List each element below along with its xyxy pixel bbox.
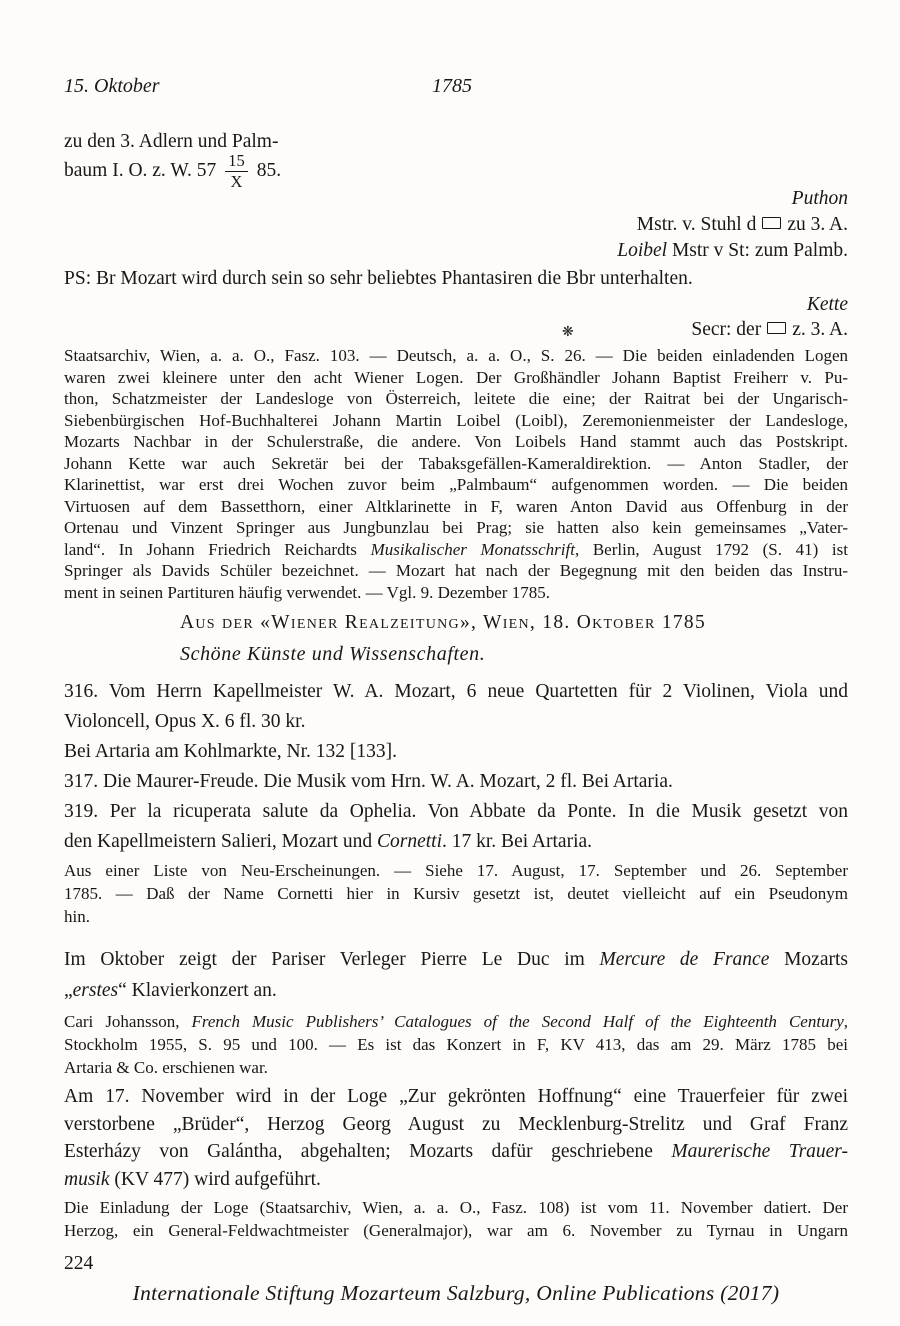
text-line: Cari Johansson, French Music Publishers’… [64,1010,848,1033]
text-line: musik (KV 477) wird aufgeführt. [64,1166,848,1194]
text-segment: z. 3. A. [792,319,848,340]
text-line: Aus einer Liste von Neu-Erscheinungen. —… [64,859,848,882]
trauerfeier-note: Die Einladung der Loge (Staatsarchiv, Wi… [64,1196,848,1242]
text-line: Im Oktober zeigt der Pariser Verleger Pi… [64,945,848,976]
header-year: 1785 [432,74,472,98]
text-segment: thon, Schatzmeister der Landesloge von Ö… [64,389,848,408]
italic-text: Cornetti [377,831,442,852]
text-line: Am 17. November wird in der Loge „Zur ge… [64,1083,848,1111]
text-segment: zu 3. A. [787,214,848,235]
text-segment: Johann Kette war auch Sekretär bei der T… [64,454,848,473]
lodge-symbol-icon [762,217,781,229]
signature-loibel: Loibel [617,240,667,261]
text-line: „erstes“ Klavierkonzert an. [64,976,848,1007]
text-line: Siebenbürgischen Hof-Buchhalterei Johann… [64,410,848,432]
text-line: Johann Kette war auch Sekretär bei der T… [64,453,848,475]
italic-text: French Music Publishers’ Catalogues of t… [192,1012,844,1031]
text-segment: ment in seinen Partituren häufig verwend… [64,583,550,602]
text-segment: Bei Artaria am Kohlmarkte, Nr. 132 [133]… [64,741,397,762]
page-number: 224 [64,1253,848,1275]
text-segment: (KV 477) wird aufgeführt. [110,1169,321,1190]
postscript-line: PS: Br Mozart wird durch sein so sehr be… [64,264,848,294]
text-segment: Mstr v St: zum Palmb. [667,240,848,261]
header-date: 15. Oktober [64,75,160,97]
text-segment: “ Klavierkonzert an. [118,980,277,1001]
italic-text: Musikalischer Monatsschrift [371,540,575,559]
text-line: hin. [64,905,848,928]
text-segment: 317. Die Maurer-Freude. Die Musik vom Hr… [64,771,673,792]
text-line: 319. Per la ricuperata salute da Ophelia… [64,797,848,827]
text-segment: Mozarts Nachbar in der Schulerstraße, di… [64,432,848,451]
leduc-note: Cari Johansson, French Music Publishers’… [64,1010,848,1079]
text-segment: Im Oktober zeigt der Pariser Verleger Pi… [64,949,600,970]
lodge-symbol-icon [767,322,786,334]
text-line: 316. Vom Herrn Kapellmeister W. A. Mozar… [64,677,848,707]
text-segment: Springer als Davids Schüler bezeichnet. … [64,561,848,580]
italic-text: erstes [73,980,119,1001]
text-line: land“. In Johann Friedrich Reichardts Mu… [64,539,848,561]
text-segment: Die Einladung der Loge (Staatsarchiv, Wi… [64,1198,848,1217]
text-segment: Herzog, ein General-Feldwachtmeister (Ge… [64,1221,848,1240]
text-segment: Aus einer Liste von Neu-Erscheinungen. —… [64,861,848,880]
text-segment: Siebenbürgischen Hof-Buchhalterei Johann… [64,411,848,430]
section-heading: Aus der «Wiener Realzeitung», Wien, 18. … [64,612,848,634]
text-line: 317. Die Maurer-Freude. Die Musik vom Hr… [64,767,848,797]
text-segment: 319. Per la ricuperata salute da Ophelia… [64,801,848,822]
date-fraction: 15 X [225,152,248,191]
text-line: ment in seinen Partituren häufig verwend… [64,582,848,604]
running-header: 15. Oktober 1785 [64,74,848,98]
text-segment: verstorbene „Brüder“, Herzog Georg Augus… [64,1114,848,1135]
letter-line-2: baum I. O. z. W. 57 15 X 85. [64,152,848,191]
text-line: Herzog, ein General-Feldwachtmeister (Ge… [64,1219,848,1242]
text-line: Springer als Davids Schüler bezeichnet. … [64,560,848,582]
text-segment: , Berlin, August 1792 (S. 41) ist [575,540,848,559]
text-line: Bei Artaria am Kohlmarkte, Nr. 132 [133]… [64,737,848,767]
signature-kette: Kette [64,292,848,318]
italic-text: musik [64,1169,110,1190]
text-segment: Esterházy von Galántha, abgehalten; Moza… [64,1141,671,1162]
letter-line-2-pre: baum I. O. z. W. 57 [64,160,216,182]
trauerfeier-paragraph: Am 17. November wird in der Loge „Zur ge… [64,1083,848,1193]
text-segment: Violoncell, Opus X. 6 fl. 30 kr. [64,711,305,732]
text-line: Virtuosen auf dem Bassetthorn, einer Alt… [64,496,848,518]
text-segment: „ [64,980,73,1001]
text-segment: land“. In Johann Friedrich Reichardts [64,540,371,559]
italic-text: Mercure de France [600,949,770,970]
signature-block: Puthon Mstr. v. Stuhl dzu 3. A. Loibel M… [64,186,848,264]
text-line: Violoncell, Opus X. 6 fl. 30 kr. [64,707,848,737]
text-line: 1785. — Daß der Name Cornetti hier in Ku… [64,882,848,905]
text-line: Artaria & Co. erschienen war. [64,1056,848,1079]
text-line: Esterházy von Galántha, abgehalten; Moza… [64,1138,848,1166]
commentary-paragraph: Staatsarchiv, Wien, a. a. O., Fasz. 103.… [64,345,848,603]
text-line: Staatsarchiv, Wien, a. a. O., Fasz. 103.… [64,345,848,367]
text-line: verstorbene „Brüder“, Herzog Georg Augus… [64,1111,848,1139]
text-segment: , [844,1012,848,1031]
text-line: den Kapellmeistern Salieri, Mozart und C… [64,827,848,857]
text-segment: 316. Vom Herrn Kapellmeister W. A. Mozar… [64,681,848,702]
text-segment: Virtuosen auf dem Bassetthorn, einer Alt… [64,497,848,516]
entries-note: Aus einer Liste von Neu-Erscheinungen. —… [64,859,848,928]
text-segment: Artaria & Co. erschienen war. [64,1058,268,1077]
italic-text: Maurerische Trauer- [671,1141,848,1162]
printers-mark-icon: ❋ [562,320,574,346]
text-segment: Ortenau und Vinzent Springer aus Jungbun… [64,518,848,537]
text-line: Mozarts Nachbar in der Schulerstraße, di… [64,431,848,453]
text-line: Die Einladung der Loge (Staatsarchiv, Wi… [64,1196,848,1219]
leduc-paragraph: Im Oktober zeigt der Pariser Verleger Pi… [64,945,848,1006]
book-page: 15. Oktober 1785 zu den 3. Adlern und Pa… [0,0,900,1326]
text-line: Ortenau und Vinzent Springer aus Jungbun… [64,517,848,539]
text-segment: den Kapellmeistern Salieri, Mozart und [64,831,377,852]
text-segment: Klarinettist, war erst drei Wochen zuvor… [64,475,848,494]
fraction-numerator: 15 [225,152,248,172]
text-line: thon, Schatzmeister der Landesloge von Ö… [64,388,848,410]
text-segment: Am 17. November wird in der Loge „Zur ge… [64,1086,848,1107]
text-segment: Mstr. v. Stuhl d [637,214,757,235]
text-segment: Stockholm 1955, S. 95 und 100. — Es ist … [64,1035,848,1054]
text-segment: Mozarts [769,949,848,970]
text-segment: Secr: der [691,319,761,340]
text-segment: waren zwei kleinere unter den acht Wiene… [64,368,848,387]
signature-loibel-line: Loibel Mstr v St: zum Palmb. [64,238,848,264]
section-subtitle: Schöne Künste und Wissenschaften. [64,643,848,666]
text-segment: Cari Johansson, [64,1012,192,1031]
text-segment: 1785. — Daß der Name Cornetti hier in Ku… [64,884,848,903]
text-line: Stockholm 1955, S. 95 und 100. — Es ist … [64,1033,848,1056]
letter-line-2-post: 85. [257,160,281,182]
text-segment: hin. [64,907,90,926]
text-line: Klarinettist, war erst drei Wochen zuvor… [64,474,848,496]
signature-master-line: Mstr. v. Stuhl dzu 3. A. [64,212,848,238]
text-segment: . 17 kr. Bei Artaria. [442,831,592,852]
signature-puthon: Puthon [64,186,848,212]
secretary-line: ❋ Secr: derz. 3. A. [64,317,848,343]
text-segment: Staatsarchiv, Wien, a. a. O., Fasz. 103.… [64,346,848,365]
footer-credit: Internationale Stiftung Mozarteum Salzbu… [64,1281,848,1306]
text-line: waren zwei kleinere unter den acht Wiene… [64,367,848,389]
news-entries: 316. Vom Herrn Kapellmeister W. A. Mozar… [64,677,848,857]
